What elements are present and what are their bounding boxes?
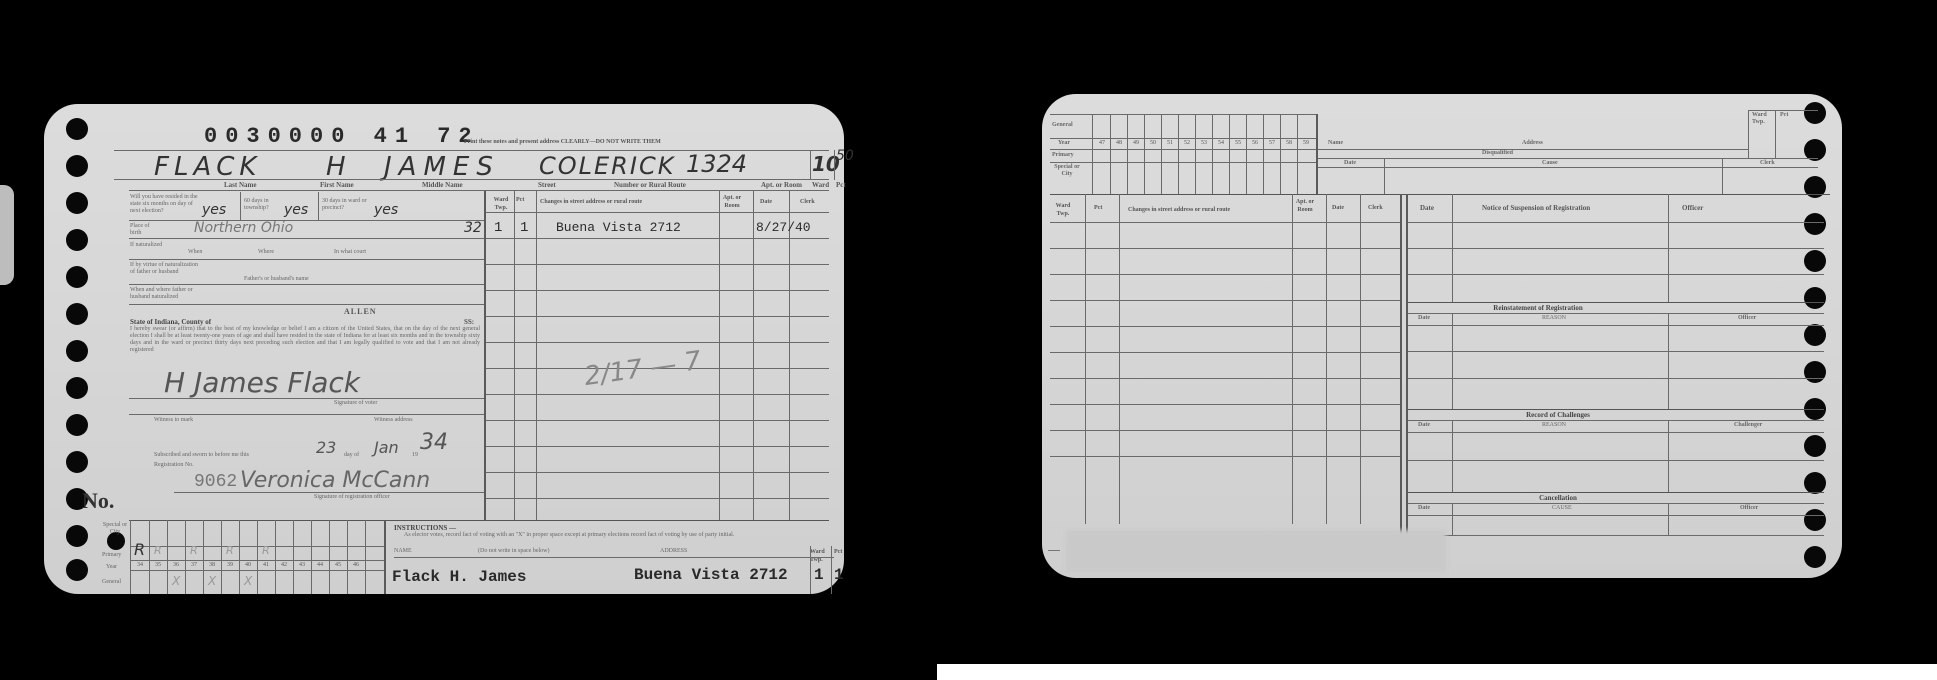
year-50: 50	[1145, 140, 1161, 146]
grid-label-general: General	[102, 579, 121, 586]
subscribed-day: 23	[316, 438, 336, 457]
grid-label-year: Year	[1058, 140, 1070, 147]
year-59: 59	[1298, 140, 1314, 146]
residency-state-question: Will you have resided in the state six m…	[130, 194, 200, 215]
disq-date-label: Date	[1344, 160, 1356, 167]
pct-value: 50	[836, 148, 854, 164]
col-date: Date	[760, 198, 772, 206]
year-43: 43	[294, 562, 310, 568]
header-instruction: Print these notes and present address CL…	[464, 138, 661, 146]
age-value: 32	[464, 220, 482, 236]
year-48: 48	[1111, 140, 1127, 146]
registration-number: 9062	[194, 472, 237, 492]
susp-notice-header: Notice of Suspension of Registration	[1482, 204, 1590, 212]
back-address-label: Address	[1522, 140, 1543, 147]
year-53: 53	[1196, 140, 1212, 146]
grid-label-general: General	[1052, 122, 1073, 129]
naturalized-label: If naturalized	[130, 242, 170, 249]
row-pct: 1	[520, 220, 528, 236]
row-date: 8/27/40	[756, 220, 811, 235]
col-pct: Pct	[1094, 204, 1102, 212]
when-label: When	[188, 249, 202, 256]
last-name-value: FLACK	[154, 152, 261, 182]
year-44: 44	[312, 562, 328, 568]
year-39: 39	[222, 562, 238, 568]
year-41: 41	[258, 562, 274, 568]
witness-address-label: Witness address	[374, 417, 413, 424]
col-changes: Changes in street address or rural route	[1128, 206, 1230, 214]
footer-name: Flack H. James	[392, 568, 526, 586]
grid-label-special: Special or City	[100, 522, 130, 536]
label-last-name: Last Name	[224, 181, 256, 189]
white-strip	[937, 664, 1937, 680]
col-apt: Apt. or Room	[720, 194, 744, 210]
primary-mark-35: R	[154, 544, 162, 557]
registration-no-label: Registration No.	[154, 462, 194, 469]
chal-reason-header: REASON	[1542, 422, 1566, 429]
year-57: 57	[1264, 140, 1280, 146]
susp-officer-header: Officer	[1682, 204, 1703, 212]
officer-signature-label: Signature of registration officer	[314, 494, 390, 501]
reinst-officer-header: Officer	[1738, 315, 1756, 322]
disq-clerk-label: Clerk	[1760, 160, 1775, 167]
reinst-reason-header: REASON	[1542, 315, 1566, 322]
residency-ward-question: 30 days in ward or precinct?	[322, 198, 382, 212]
residency-ward-answer: yes	[374, 202, 398, 218]
label-apt: Apt. or Room	[761, 181, 802, 189]
back-ward-label: Ward Twp.	[1752, 112, 1772, 126]
number-mark: No.	[82, 488, 114, 514]
reinstatement-title: Reinstatement of Registration	[1408, 304, 1668, 312]
street-value: COLERICK	[539, 152, 675, 180]
year-38: 38	[204, 562, 220, 568]
footer-address-label: ADDRESS	[660, 548, 687, 555]
subscribed-month: Jan	[374, 438, 399, 457]
year-42: 42	[276, 562, 292, 568]
chal-date-header: Date	[1418, 422, 1430, 429]
year-47: 47	[1094, 140, 1110, 146]
county-value: ALLEN	[344, 308, 377, 316]
col-pct: Pct	[516, 196, 524, 204]
adjacent-card-edge	[0, 185, 14, 285]
voter-registration-card-front: 0030000 41 72 Print these notes and pres…	[44, 104, 844, 594]
reinst-date-header: Date	[1418, 315, 1430, 322]
year-prefix: 19	[412, 452, 418, 459]
canc-date-header: Date	[1418, 505, 1430, 512]
instructions-text: As elector votes, record fact of voting …	[404, 532, 834, 539]
col-ward: Ward Twp.	[1052, 202, 1074, 218]
year-52: 52	[1179, 140, 1195, 146]
year-35: 35	[150, 562, 166, 568]
year-34: 34	[132, 562, 148, 568]
year-45: 45	[330, 562, 346, 568]
instructions-title: INSTRUCTIONS —	[394, 524, 456, 532]
col-date: Date	[1332, 204, 1344, 212]
officer-signature: Veronica McCann	[240, 468, 430, 493]
voter-signature: H James Flack	[164, 366, 360, 399]
label-street: Street	[538, 181, 556, 189]
footer-name-label: NAME	[394, 548, 412, 555]
col-apt: Apt. or Room	[1292, 198, 1318, 214]
year-55: 55	[1230, 140, 1246, 146]
year-36: 36	[168, 562, 184, 568]
col-clerk: Clerk	[1368, 204, 1383, 212]
cancellation-title: Cancellation	[1408, 494, 1708, 502]
footer-address: Buena Vista 2712	[634, 566, 788, 584]
number-value: 1324	[686, 150, 747, 178]
father-name-label: Father's or husband's name	[244, 276, 309, 283]
year-54: 54	[1213, 140, 1229, 146]
grid-label-special: Special or City	[1052, 164, 1082, 178]
label-middle-name: Middle Name	[422, 181, 463, 189]
row-ward: 1	[494, 220, 502, 236]
court-label: In what court	[334, 249, 366, 256]
first-name-value: H	[326, 152, 346, 182]
primary-mark-34: R	[134, 540, 145, 559]
canc-cause-header: CAUSE	[1552, 505, 1572, 512]
residency-township-answer: yes	[284, 202, 308, 218]
label-first-name: First Name	[320, 181, 354, 189]
ss-label: SS:	[464, 318, 474, 326]
chal-challenger-header: Challenger	[1734, 422, 1762, 429]
place-of-birth-label: Place of birth	[130, 223, 160, 237]
year-51: 51	[1162, 140, 1178, 146]
footer-pct: 1	[834, 566, 844, 584]
subscribed-year: 34	[420, 430, 448, 455]
susp-date-header: Date	[1420, 204, 1434, 212]
grid-label-year: Year	[106, 564, 117, 571]
serial-number: 0030000 41 72	[204, 124, 480, 149]
general-mark-36: X	[172, 574, 180, 588]
middle-name-value: JAMES	[384, 152, 500, 182]
back-pct-label: Pct	[1780, 112, 1788, 119]
col-ward: Ward Twp.	[490, 196, 512, 212]
disq-cause-label: Cause	[1542, 160, 1558, 167]
year-40: 40	[240, 562, 256, 568]
primary-mark-41: R	[262, 544, 270, 557]
residency-state-answer: yes	[202, 202, 226, 218]
canc-officer-header: Officer	[1740, 505, 1758, 512]
year-37: 37	[186, 562, 202, 568]
primary-mark-37: R	[190, 544, 198, 557]
pencil-scribble: 2/17 — 7	[582, 346, 703, 392]
virtue-label: If by virtue of naturalization of father…	[130, 262, 200, 276]
label-number: Number or Rural Route	[614, 181, 686, 189]
col-changes: Changes in street address or rural route	[540, 198, 642, 206]
row-address: Buena Vista 2712	[556, 220, 681, 235]
when-where-label: When and where father or husband natural…	[130, 287, 210, 301]
state-county-label: State of Indiana, County of	[130, 318, 211, 326]
primary-mark-39: R	[226, 544, 234, 557]
footer-ward: 1	[814, 566, 824, 584]
challenges-title: Record of Challenges	[1408, 411, 1708, 419]
place-of-birth-value: Northern Ohio	[194, 220, 293, 236]
residency-township-question: 60 days in township?	[244, 198, 284, 212]
label-ward: Ward	[812, 181, 829, 189]
subscribed-label: Subscribed and sworn to before me this	[154, 452, 249, 459]
voter-registration-card-back: General Year Primary Special or City 47 …	[1042, 94, 1842, 578]
grid-label-primary: Primary	[102, 552, 121, 559]
do-not-write-label: (Do not write in space below)	[478, 548, 549, 555]
oath-text: I hereby swear (or affirm) that to the b…	[130, 326, 480, 354]
general-mark-40: X	[244, 574, 252, 588]
year-58: 58	[1281, 140, 1297, 146]
signature-of-voter-label: Signature of voter	[334, 400, 377, 407]
back-name-label: Name	[1328, 140, 1343, 147]
witness-label: Witness to mark	[154, 417, 193, 424]
col-clerk: Clerk	[800, 198, 815, 206]
day-of-label: day of	[344, 452, 359, 459]
general-mark-38: X	[208, 574, 216, 588]
year-46: 46	[348, 562, 364, 568]
year-49: 49	[1128, 140, 1144, 146]
where-label: Where	[258, 249, 274, 256]
footer-pct-label: Pct	[834, 548, 842, 556]
footer-ward-label: Ward Twp.	[810, 548, 832, 564]
label-pct: Pct	[836, 181, 846, 189]
year-56: 56	[1247, 140, 1263, 146]
redacted-strip	[1066, 530, 1446, 572]
grid-label-primary: Primary	[1052, 152, 1074, 159]
disqualified-label: Disqualified	[1482, 150, 1513, 157]
